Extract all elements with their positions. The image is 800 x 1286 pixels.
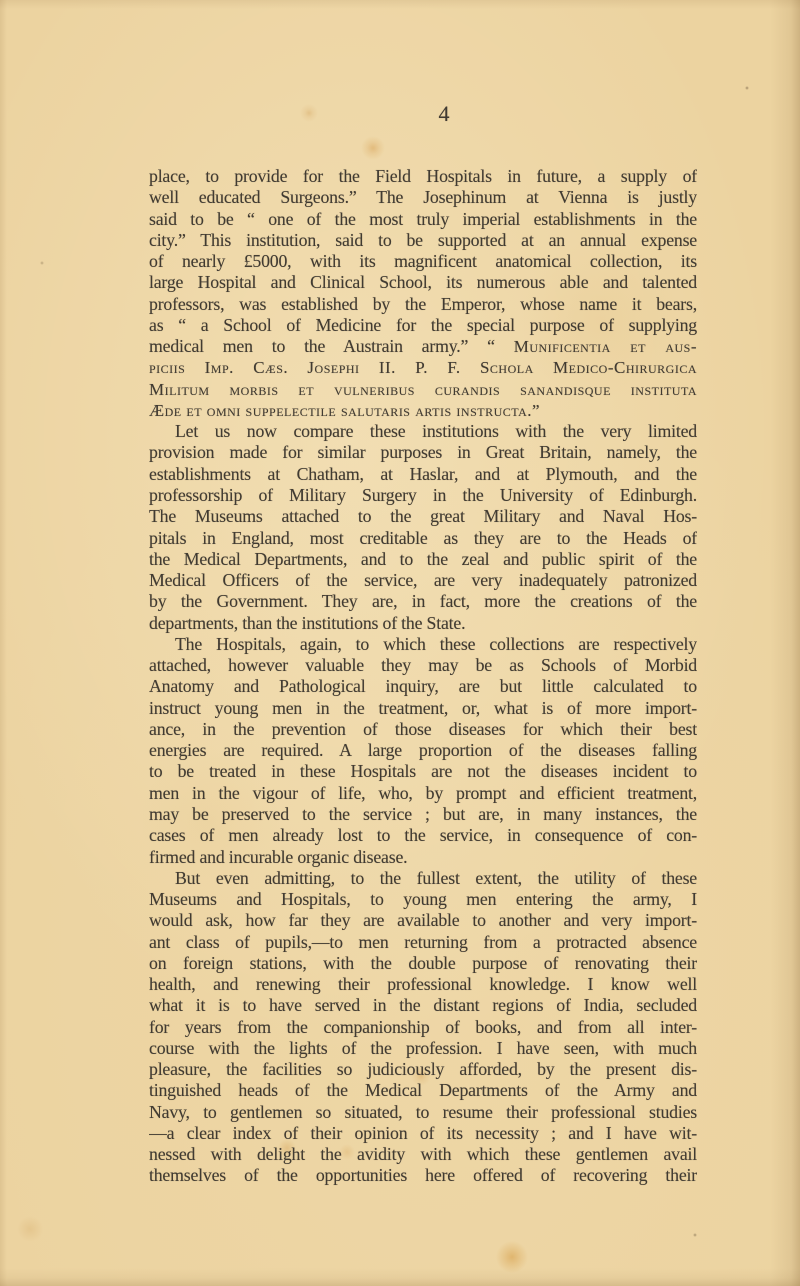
text-line: men in the vigour of life, who, by promp… bbox=[149, 783, 697, 804]
text-line: on foreign stations, with the double pur… bbox=[149, 953, 697, 974]
body-text-span: by the Government. They are, in fact, mo… bbox=[149, 591, 697, 611]
body-text-span: Medical Officers of the service, are ver… bbox=[149, 570, 697, 590]
body-text-span: The Hospitals, again, to which these col… bbox=[175, 634, 697, 654]
text-line: medical men to the Austrain army.” “ Mun… bbox=[149, 336, 697, 357]
body-text-span: The Museums attached to the great Milita… bbox=[149, 506, 697, 526]
body-text-span: nessed with delight the avidity with whi… bbox=[149, 1144, 697, 1164]
text-line: Æde et omni suppelectile salutaris artis… bbox=[149, 400, 697, 421]
body-text-span: pleasure, the facilities so judiciously … bbox=[149, 1059, 697, 1079]
text-line: well educated Surgeons.” The Josephinum … bbox=[149, 187, 697, 208]
text-line: ance, in the prevention of those disease… bbox=[149, 719, 697, 740]
body-text-span: Anatomy and Pathological inquiry, are bu… bbox=[149, 676, 697, 696]
text-line: establishments at Chatham, at Haslar, an… bbox=[149, 464, 697, 485]
body-text-span: instruct young men in the treatment, or,… bbox=[149, 698, 697, 718]
text-line: by the Government. They are, in fact, mo… bbox=[149, 591, 697, 612]
body-text-span: city.” This institution, said to be supp… bbox=[149, 230, 697, 250]
text-line: firmed and incurable organic disease. bbox=[149, 847, 697, 868]
text-line: piciis Imp. Cæs. Josephi II. P. F. Schol… bbox=[149, 357, 697, 378]
body-text-span: course with the lights of the profession… bbox=[149, 1038, 697, 1058]
body-text-span: provision made for similar purposes in G… bbox=[149, 442, 697, 462]
text-line: would ask, how far they are available to… bbox=[149, 910, 697, 931]
text-line: The Hospitals, again, to which these col… bbox=[149, 634, 697, 655]
text-line: energies are required. A large proportio… bbox=[149, 740, 697, 761]
body-text-span: on foreign stations, with the double pur… bbox=[149, 953, 697, 973]
text-line: the Medical Departments, and to the zeal… bbox=[149, 549, 697, 570]
text-line: said to be “ one of the most truly imper… bbox=[149, 209, 697, 230]
body-text-span: of nearly £5000, with its magnificent an… bbox=[149, 251, 697, 271]
text-line: to be treated in these Hospitals are not… bbox=[149, 761, 697, 782]
text-line: Anatomy and Pathological inquiry, are bu… bbox=[149, 676, 697, 697]
text-line: tinguished heads of the Medical Departme… bbox=[149, 1080, 697, 1101]
body-text-span: large Hospital and Clinical School, its … bbox=[149, 272, 697, 292]
text-line: professorship of Military Surgery in the… bbox=[149, 485, 697, 506]
body-text-span: tinguished heads of the Medical Departme… bbox=[149, 1080, 697, 1100]
body-text-span: Let us now compare these institutions wi… bbox=[175, 421, 697, 441]
text-line: Militum morbis et vulneribus curandis sa… bbox=[149, 379, 697, 400]
body-text-span: said to be “ one of the most truly imper… bbox=[149, 209, 697, 229]
text-line: But even admitting, to the fullest exten… bbox=[149, 868, 697, 889]
body-text-span: health, and renewing their professional … bbox=[149, 974, 697, 994]
text-line: —a clear index of their opinion of its n… bbox=[149, 1123, 697, 1144]
text-line: place, to provide for the Field Hospital… bbox=[149, 166, 697, 187]
text-line: for years from the companionship of book… bbox=[149, 1017, 697, 1038]
text-line: what it is to have served in the distant… bbox=[149, 995, 697, 1016]
body-text-span: ance, in the prevention of those disease… bbox=[149, 719, 697, 739]
text-line: city.” This institution, said to be supp… bbox=[149, 230, 697, 251]
text-line: instruct young men in the treatment, or,… bbox=[149, 698, 697, 719]
body-text-span: place, to provide for the Field Hospital… bbox=[149, 166, 697, 186]
body-text-span: But even admitting, to the fullest exten… bbox=[175, 868, 697, 888]
text-line: themselves of the opportunities here off… bbox=[149, 1165, 697, 1186]
scanned-book-page: 4 place, to provide for the Field Hospit… bbox=[0, 0, 800, 1286]
text-line: provision made for similar purposes in G… bbox=[149, 442, 697, 463]
body-text-span: departments, than the institutions of th… bbox=[149, 613, 465, 633]
text-line: course with the lights of the profession… bbox=[149, 1038, 697, 1059]
body-text-span: energies are required. A large proportio… bbox=[149, 740, 697, 760]
text-line: Medical Officers of the service, are ver… bbox=[149, 570, 697, 591]
text-line: Museums and Hospitals, to young men ente… bbox=[149, 889, 697, 910]
text-line: large Hospital and Clinical School, its … bbox=[149, 272, 697, 293]
text-line: ant class of pupils,—to men returning fr… bbox=[149, 932, 697, 953]
body-text-span: pitals in England, most creditable as th… bbox=[149, 528, 697, 548]
text-line: Navy, to gentlemen so situated, to resum… bbox=[149, 1102, 697, 1123]
body-text-span: themselves of the opportunities here off… bbox=[149, 1165, 697, 1185]
body-text-span: ant class of pupils,—to men returning fr… bbox=[149, 932, 697, 952]
body-text-span: Museums and Hospitals, to young men ente… bbox=[149, 889, 697, 909]
body-text-span: for years from the companionship of book… bbox=[149, 1017, 697, 1037]
text-line: pleasure, the facilities so judiciously … bbox=[149, 1059, 697, 1080]
body-text-span: establishments at Chatham, at Haslar, an… bbox=[149, 464, 697, 484]
text-line: attached, however valuable they may be a… bbox=[149, 655, 697, 676]
page-number: 4 bbox=[439, 103, 450, 125]
body-text-span: firmed and incurable organic disease. bbox=[149, 847, 407, 867]
latin-smallcaps-text: Æde et omni suppelectile salutaris artis… bbox=[149, 401, 540, 420]
body-text-span: professorship of Military Surgery in the… bbox=[149, 485, 697, 505]
text-line: may be preserved to the service ; but ar… bbox=[149, 804, 697, 825]
body-text-span: medical men to the Austrain army.” “ bbox=[149, 336, 514, 356]
body-text-span: men in the vigour of life, who, by promp… bbox=[149, 783, 697, 803]
body-text-span: to be treated in these Hospitals are not… bbox=[149, 761, 697, 781]
body-text-span: attached, however valuable they may be a… bbox=[149, 655, 697, 675]
text-line: departments, than the institutions of th… bbox=[149, 613, 697, 634]
text-line: nessed with delight the avidity with whi… bbox=[149, 1144, 697, 1165]
body-text-span: professors, was established by the Emper… bbox=[149, 294, 697, 314]
text-line: cases of men already lost to the service… bbox=[149, 825, 697, 846]
text-line: professors, was established by the Emper… bbox=[149, 294, 697, 315]
body-text-span: well educated Surgeons.” The Josephinum … bbox=[149, 187, 697, 207]
body-text: place, to provide for the Field Hospital… bbox=[149, 166, 697, 1187]
latin-smallcaps-text: piciis Imp. Cæs. Josephi II. P. F. Schol… bbox=[149, 358, 697, 377]
latin-smallcaps-text: Munificentia et aus- bbox=[514, 337, 697, 356]
latin-smallcaps-text: Militum morbis et vulneribus curandis sa… bbox=[149, 380, 697, 399]
text-line: Let us now compare these institutions wi… bbox=[149, 421, 697, 442]
body-text-span: would ask, how far they are available to… bbox=[149, 910, 697, 930]
text-line: of nearly £5000, with its magnificent an… bbox=[149, 251, 697, 272]
body-text-span: the Medical Departments, and to the zeal… bbox=[149, 549, 697, 569]
body-text-span: as “ a School of Medicine for the specia… bbox=[149, 315, 697, 335]
body-text-span: —a clear index of their opinion of its n… bbox=[149, 1123, 697, 1143]
text-line: pitals in England, most creditable as th… bbox=[149, 528, 697, 549]
text-line: The Museums attached to the great Milita… bbox=[149, 506, 697, 527]
body-text-span: Navy, to gentlemen so situated, to resum… bbox=[149, 1102, 697, 1122]
body-text-span: cases of men already lost to the service… bbox=[149, 825, 697, 845]
text-line: health, and renewing their professional … bbox=[149, 974, 697, 995]
text-line: as “ a School of Medicine for the specia… bbox=[149, 315, 697, 336]
body-text-span: what it is to have served in the distant… bbox=[149, 995, 697, 1015]
body-text-span: may be preserved to the service ; but ar… bbox=[149, 804, 697, 824]
